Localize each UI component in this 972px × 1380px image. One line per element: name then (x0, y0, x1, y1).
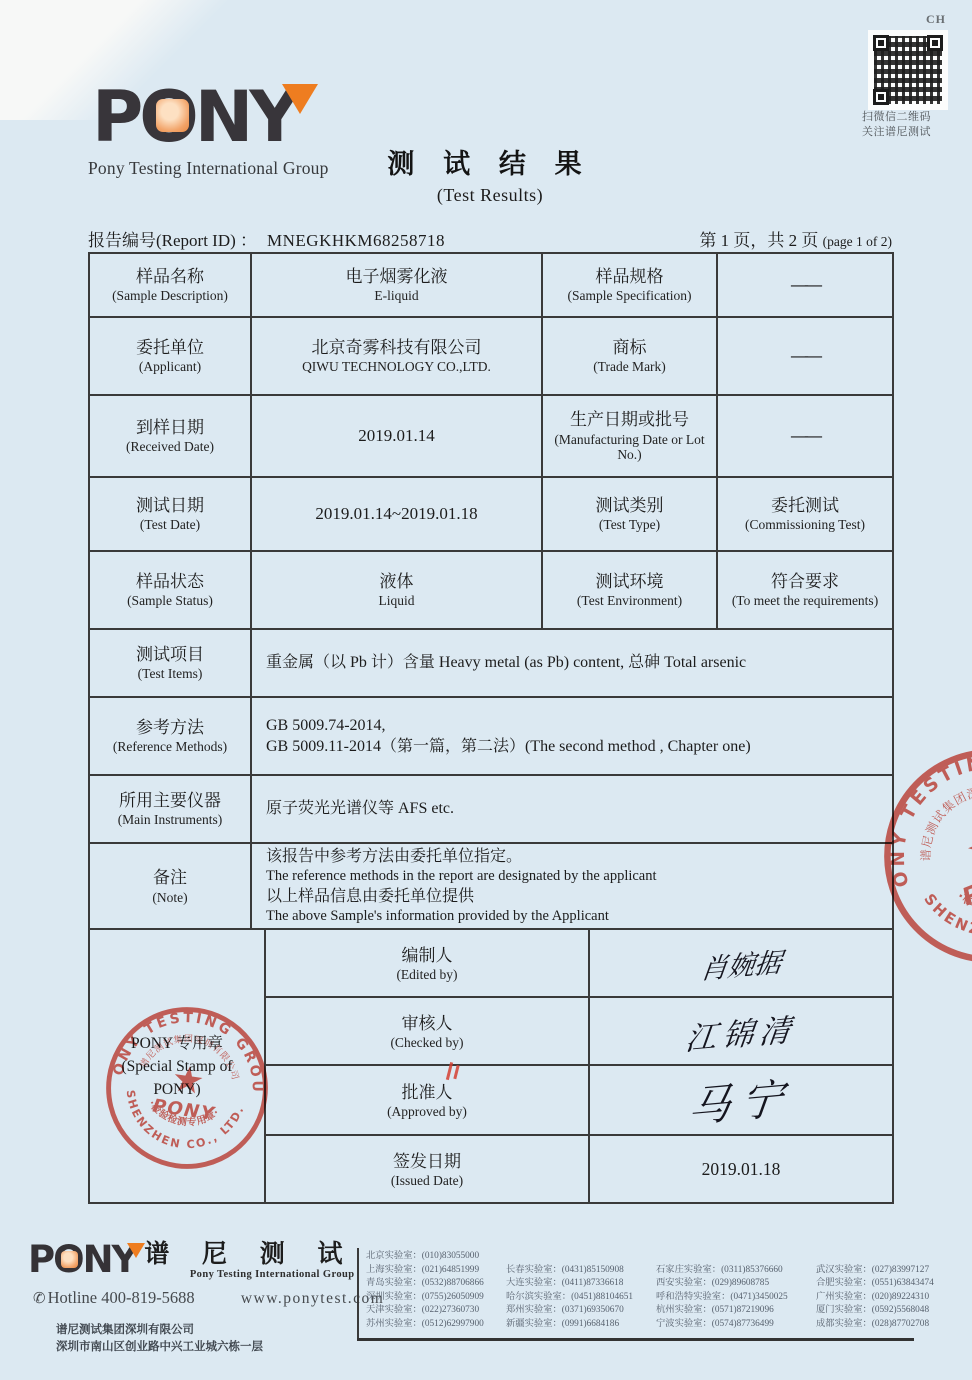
lab-column: 武汉实验室：(027)83997127合肥实验室：(0551)63843474广… (816, 1250, 964, 1332)
row-value-cell: 符合要求(To meet the requirements) (717, 551, 893, 629)
label-en: (Approved by) (270, 1104, 584, 1120)
qr-finder-icon (873, 35, 889, 51)
logo-orange-square-icon (61, 1251, 78, 1268)
value-line: 以上样品信息由委托单位提供 (266, 886, 888, 907)
row-value-cell: 该报告中参考方法由委托单位指定。 The reference methods i… (251, 843, 893, 929)
document-title: 测 试 结 果 (Test Results) (330, 142, 650, 206)
special-stamp-label: PONY 专用章 (Special Stamp of PONY) (94, 1032, 260, 1102)
special-stamp-cell: PONY 专用章 (Special Stamp of PONY) (89, 929, 265, 1203)
row-value-cell: 北京奇雾科技有限公司QIWU TECHNOLOGY CO.,LTD. (251, 317, 542, 395)
lab-phone-entry: 杭州实验室：(0571)87219096 (656, 1304, 816, 1318)
stamp-label-line: PONY 专用章 (94, 1032, 260, 1055)
label-en: (Reference Methods) (94, 739, 246, 755)
hotline-number: Hotline 400-819-5688 (48, 1288, 195, 1307)
lab-phone-entry (506, 1250, 656, 1264)
label-cn: 测试环境 (547, 571, 712, 593)
label-cn: 编制人 (270, 945, 584, 967)
lab-phone-entry (656, 1250, 816, 1264)
row-value-cell: 电子烟雾化液E-liquid (251, 253, 542, 317)
table-row: 所用主要仪器(Main Instruments) 原子荧光光谱仪等 AFS et… (89, 775, 893, 843)
footer-company-block: 谱尼测试集团深圳有限公司 深圳市南山区创业路中兴工业城六栋一层 (56, 1322, 263, 1357)
logo-orange-triangle-icon (282, 84, 318, 114)
footer-brand-cn-text: 谱 尼 测 试 (144, 1240, 354, 1268)
value-dash: —— (722, 274, 888, 296)
row-label-cell: 到样日期(Received Date) (89, 395, 251, 477)
value-en: QIWU TECHNOLOGY CO.,LTD. (256, 359, 537, 375)
lab-phone-entry: 广州实验室：(020)89224310 (816, 1291, 964, 1305)
website-url: www.ponytest.com (241, 1290, 385, 1307)
table-row: PONY 专用章 (Special Stamp of PONY) 编制人(Edi… (89, 929, 893, 997)
label-en: (Edited by) (270, 967, 584, 983)
value-cn: 委托测试 (722, 495, 888, 517)
row-value-cell: 委托测试(Commissioning Test) (717, 477, 893, 551)
lab-phone-entry: 上海实验室：(021)64851999 (366, 1264, 506, 1278)
title-chinese: 测 试 结 果 (330, 142, 650, 181)
value-cn: 符合要求 (722, 571, 888, 593)
label-en: (Main Instruments) (94, 812, 246, 828)
label-cn: 签发日期 (270, 1151, 584, 1173)
row-label-cell: 商标(Trade Mark) (542, 317, 717, 395)
label-cn: 委托单位 (94, 337, 246, 359)
footer-logo-row: PONY 谱 尼 测 试 Pony Testing International … (28, 1240, 354, 1280)
row-value-cell: 2019.01.14~2019.01.18 (251, 477, 542, 551)
lab-phone-entry: 石家庄实验室：(0311)85376660 (656, 1264, 816, 1278)
footer-pony-logo: PONY (28, 1240, 136, 1280)
label-cn: 测试项目 (94, 644, 246, 666)
row-value-cell: —— (717, 395, 893, 477)
handwritten-signature: 肖婉据 (698, 940, 784, 987)
table-row: 参考方法(Reference Methods) GB 5009.74-2014,… (89, 697, 893, 775)
lab-column: 北京实验室：(010)83055000上海实验室：(021)64851999青岛… (366, 1250, 506, 1332)
table-row: 备注(Note) 该报告中参考方法由委托单位指定。 The reference … (89, 843, 893, 929)
report-id-value: MNEGKHKM68258718 (267, 231, 445, 250)
lab-phone-entry: 宁波实验室：(0574)87736499 (656, 1318, 816, 1332)
label-cn: 样品名称 (94, 266, 246, 288)
qr-caption: 扫微信二维码 关注谱尼测试 (862, 110, 954, 140)
value-line: 该报告中参考方法由委托单位指定。 (266, 846, 888, 867)
red-ink-mark (448, 1062, 464, 1084)
stamp-label-line: PONY) (94, 1078, 260, 1101)
logo-subtitle: Pony Testing International Group (88, 158, 329, 179)
logo-orange-triangle-icon (127, 1243, 145, 1258)
row-value-cell: GB 5009.74-2014, GB 5009.11-2014（第一篇，第二法… (251, 697, 893, 775)
row-label-cell: 审核人(Checked by) (265, 997, 589, 1065)
pony-logo-text: PONY (92, 76, 296, 158)
row-label-cell: 样品名称(Sample Description) (89, 253, 251, 317)
report-id: 报告编号(Report ID) ：MNEGKHKM68258718 (88, 226, 445, 251)
row-label-cell: 生产日期或批号(Manufacturing Date or Lot No.) (542, 395, 717, 477)
label-cn: 生产日期或批号 (547, 409, 712, 431)
issued-date-cell: 2019.01.18 (589, 1135, 893, 1203)
label-en: (Applicant) (94, 359, 246, 375)
footer-pony-logo-text: PONY (28, 1238, 136, 1281)
value-cn: 北京奇雾科技有限公司 (256, 337, 537, 359)
company-address: 深圳市南山区创业路中兴工业城六栋一层 (56, 1339, 263, 1356)
phone-icon: ✆ (33, 1289, 46, 1307)
label-en: (Test Items) (94, 666, 246, 682)
lab-phone-entry: 郑州实验室：(0371)69350670 (506, 1304, 656, 1318)
lab-phone-entry: 长春实验室：(0431)85150908 (506, 1264, 656, 1278)
value-en: E-liquid (256, 288, 537, 304)
qr-finder-icon (927, 35, 943, 51)
logo-orange-square-icon (156, 99, 189, 132)
lab-phone-entry: 成都实验室：(028)87702708 (816, 1318, 964, 1332)
title-english: (Test Results) (330, 185, 650, 206)
row-label-cell: 备注(Note) (89, 843, 251, 929)
table-row: 到样日期(Received Date) 2019.01.14 生产日期或批号(M… (89, 395, 893, 477)
value-cn: 2019.01.14 (256, 425, 537, 447)
report-id-label: 报告编号(Report ID) ： (88, 231, 257, 250)
label-en: (Test Type) (547, 517, 712, 533)
row-label-cell: 所用主要仪器(Main Instruments) (89, 775, 251, 843)
lab-phone-entry: 厦门实验室：(0592)5568048 (816, 1304, 964, 1318)
value-line: The reference methods in the report are … (266, 867, 888, 886)
wechat-qr-code (868, 30, 948, 110)
value-cn: 液体 (256, 571, 537, 593)
value-line: 原子荧光光谱仪等 AFS etc. (266, 798, 888, 819)
table-row: 测试日期(Test Date) 2019.01.14~2019.01.18 测试… (89, 477, 893, 551)
lab-phone-directory: 北京实验室：(010)83055000上海实验室：(021)64851999青岛… (366, 1250, 964, 1332)
row-label-cell: 测试项目(Test Items) (89, 629, 251, 697)
label-cn: 参考方法 (94, 717, 246, 739)
lab-phone-entry: 北京实验室：(010)83055000 (366, 1250, 506, 1264)
report-meta-line: 报告编号(Report ID) ：MNEGKHKM68258718 第 1 页，… (88, 226, 892, 251)
footer-vertical-divider (357, 1248, 359, 1340)
row-label-cell: 测试日期(Test Date) (89, 477, 251, 551)
handwritten-signature: 马宁 (685, 1065, 796, 1135)
value-line: The above Sample's information provided … (266, 907, 888, 926)
row-label-cell: 测试环境(Test Environment) (542, 551, 717, 629)
company-name: 谱尼测试集团深圳有限公司 (56, 1322, 263, 1339)
row-label-cell: 签发日期(Issued Date) (265, 1135, 589, 1203)
value-en: (Commissioning Test) (722, 517, 888, 533)
label-cn: 到样日期 (94, 417, 246, 439)
value-en: (To meet the requirements) (722, 593, 888, 609)
label-cn: 审核人 (270, 1013, 584, 1035)
label-cn: 样品规格 (547, 266, 712, 288)
signature-cell: 肖婉据 (589, 929, 893, 997)
value-line: GB 5009.74-2014, (266, 715, 888, 736)
lab-column: 长春实验室：(0431)85150908大连实验室：(0411)87336618… (506, 1250, 656, 1332)
lab-phone-entry: 青岛实验室：(0532)88706866 (366, 1277, 506, 1291)
table-row: 样品名称(Sample Description) 电子烟雾化液E-liquid … (89, 253, 893, 317)
label-cn: 测试类别 (547, 495, 712, 517)
corner-label: CH (926, 12, 946, 27)
label-en: (Test Environment) (547, 593, 712, 609)
lab-column: 石家庄实验室：(0311)85376660西安实验室：(029)89608785… (656, 1250, 816, 1332)
lab-phone-entry: 武汉实验室：(027)83997127 (816, 1264, 964, 1278)
signature-cell: 江锦清 (589, 997, 893, 1065)
label-cn: 商标 (547, 337, 712, 359)
row-label-cell: 样品状态(Sample Status) (89, 551, 251, 629)
test-report-page: CH 扫微信二维码 关注谱尼测试 PONY Pony Testing Inter… (0, 0, 972, 1380)
qr-caption-line: 关注谱尼测试 (862, 125, 954, 140)
footer-brand-cn: 谱 尼 测 试 Pony Testing International Group (144, 1240, 354, 1280)
label-en: (Received Date) (94, 439, 246, 455)
label-cn: 测试日期 (94, 495, 246, 517)
label-en: (Sample Specification) (547, 288, 712, 304)
label-en: (Manufacturing Date or Lot No.) (547, 432, 712, 463)
row-label-cell: 委托单位(Applicant) (89, 317, 251, 395)
value-line: 重金属（以 Pb 计）含量 Heavy metal (as Pb) conten… (266, 652, 888, 673)
value-dash: —— (722, 425, 888, 447)
label-cn: 所用主要仪器 (94, 790, 246, 812)
lab-phone-entry: 新疆实验室：(0991)6684186 (506, 1318, 656, 1332)
footer-hotline-row: ✆Hotline 400-819-5688 www.ponytest.com (33, 1288, 384, 1308)
lab-phone-entry: 哈尔滨实验室：(0451)88104651 (506, 1291, 656, 1305)
label-en: (Sample Description) (94, 288, 246, 304)
qr-finder-icon (873, 89, 889, 105)
handwritten-signature: 江锦清 (683, 1004, 799, 1059)
value-dash: —— (722, 345, 888, 367)
row-label-cell: 批准人(Approved by) (265, 1065, 589, 1135)
label-cn: 备注 (94, 867, 246, 889)
row-label-cell: 参考方法(Reference Methods) (89, 697, 251, 775)
value-cn: 2019.01.14~2019.01.18 (256, 503, 537, 525)
label-cn: 样品状态 (94, 571, 246, 593)
label-en: (Test Date) (94, 517, 246, 533)
footer-brand-subtitle: Pony Testing International Group (144, 1269, 354, 1280)
qr-caption-line: 扫微信二维码 (862, 110, 954, 125)
value-cn: 电子烟雾化液 (256, 266, 537, 288)
label-en: (Sample Status) (94, 593, 246, 609)
label-en: (Checked by) (270, 1035, 584, 1051)
value-line: GB 5009.11-2014（第一篇，第二法）(The second meth… (266, 736, 888, 757)
sample-info-table: 样品名称(Sample Description) 电子烟雾化液E-liquid … (88, 252, 894, 930)
footer-horizontal-rule (357, 1338, 914, 1341)
lab-phone-entry: 合肥实验室：(0551)63843474 (816, 1277, 964, 1291)
row-value-cell: —— (717, 317, 893, 395)
lab-phone-entry (816, 1250, 964, 1264)
table-row: 样品状态(Sample Status) 液体Liquid 测试环境(Test E… (89, 551, 893, 629)
label-cn: 批准人 (270, 1082, 584, 1104)
page-indicator: 第 1 页，共 2 页 (page 1 of 2) (699, 226, 892, 251)
page-indicator-cn: 第 1 页，共 2 页 (699, 231, 818, 250)
value-en: Liquid (256, 593, 537, 609)
lab-phone-entry: 大连实验室：(0411)87336618 (506, 1277, 656, 1291)
report-table: 样品名称(Sample Description) 电子烟雾化液E-liquid … (88, 252, 892, 1204)
row-label-cell: 测试类别(Test Type) (542, 477, 717, 551)
label-en: (Trade Mark) (547, 359, 712, 375)
page-indicator-en: (page 1 of 2) (823, 234, 892, 249)
stamp-label-line: (Special Stamp of (94, 1055, 260, 1078)
issued-date-value: 2019.01.18 (702, 1159, 781, 1179)
lab-phone-entry: 深圳实验室：(0755)26050909 (366, 1291, 506, 1305)
signature-cell: 马宁 (589, 1065, 893, 1135)
lab-phone-entry: 呼和浩特实验室：(0471)3450025 (656, 1291, 816, 1305)
signature-table: PONY 专用章 (Special Stamp of PONY) 编制人(Edi… (88, 928, 894, 1204)
lab-phone-entry: 天津实验室：(022)27360730 (366, 1304, 506, 1318)
pony-logo: PONY (92, 78, 362, 158)
row-value-cell: 重金属（以 Pb 计）含量 Heavy metal (as Pb) conten… (251, 629, 893, 697)
lab-phone-entry: 苏州实验室：(0512)62997900 (366, 1318, 506, 1332)
label-en: (Note) (94, 890, 246, 906)
row-value-cell: 原子荧光光谱仪等 AFS etc. (251, 775, 893, 843)
row-value-cell: —— (717, 253, 893, 317)
row-value-cell: 2019.01.14 (251, 395, 542, 477)
table-row: 测试项目(Test Items) 重金属（以 Pb 计）含量 Heavy met… (89, 629, 893, 697)
row-value-cell: 液体Liquid (251, 551, 542, 629)
row-label-cell: 样品规格(Sample Specification) (542, 253, 717, 317)
table-row: 委托单位(Applicant) 北京奇雾科技有限公司QIWU TECHNOLOG… (89, 317, 893, 395)
lab-phone-entry: 西安实验室：(029)89608785 (656, 1277, 816, 1291)
row-label-cell: 编制人(Edited by) (265, 929, 589, 997)
label-en: (Issued Date) (270, 1173, 584, 1189)
